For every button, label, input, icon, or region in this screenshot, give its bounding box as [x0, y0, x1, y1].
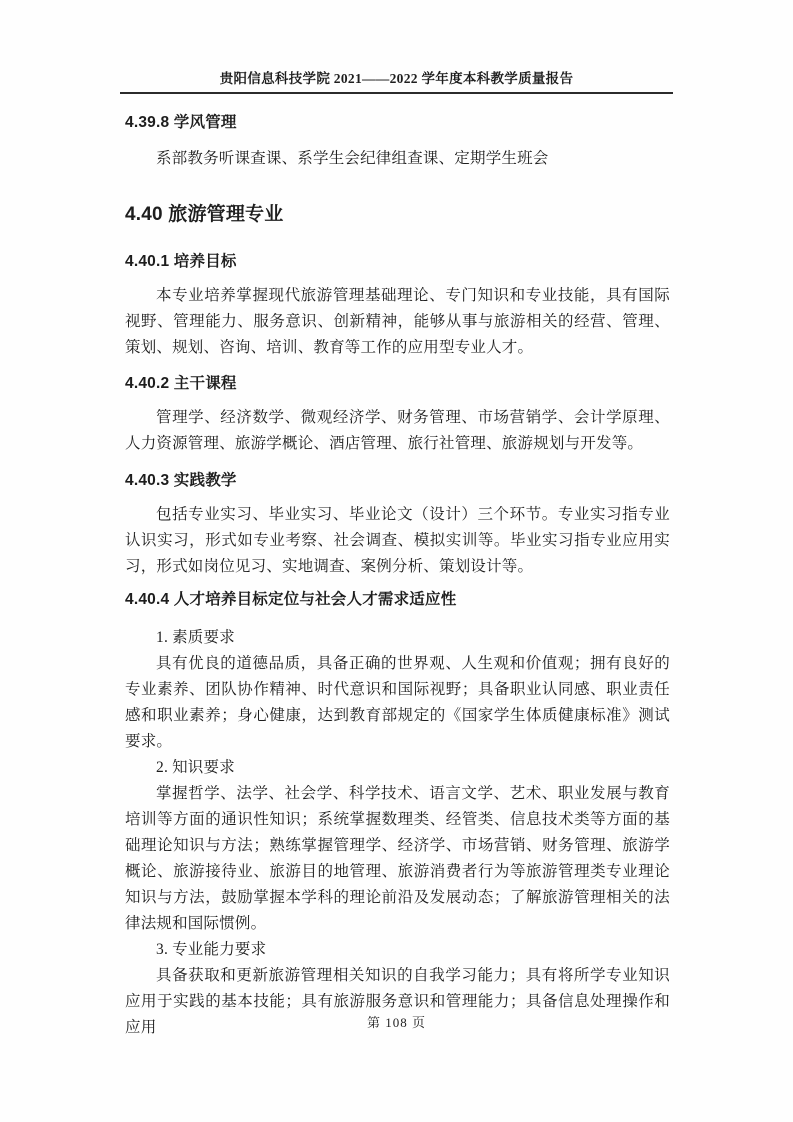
- list-item-label-ability: 3. 专业能力要求: [125, 937, 670, 963]
- document-page: 贵阳信息科技学院 2021——2022 学年度本科教学质量报告 4.39.8 学…: [0, 0, 793, 1122]
- page-number-label: 第 108 页: [367, 1015, 426, 1030]
- list-item-label-quality: 1. 素质要求: [125, 625, 670, 651]
- section-heading-4-40-4: 4.40.4 人才培养目标定位与社会人才需求适应性: [125, 589, 670, 611]
- paragraph-4-40-2: 管理学、经济数学、微观经济学、财务管理、市场营销学、会计学原理、人力资源管理、旅…: [125, 405, 670, 457]
- section-heading-4-40-1: 4.40.1 培养目标: [125, 251, 670, 273]
- list-item-label-knowledge: 2. 知识要求: [125, 755, 670, 781]
- header-title: 贵阳信息科技学院 2021——2022 学年度本科教学质量报告: [220, 71, 574, 86]
- page-footer: 第 108 页: [0, 1012, 793, 1031]
- section-heading-4-40-2: 4.40.2 主干课程: [125, 373, 670, 395]
- list-item-body-quality: 具有优良的道德品质，具备正确的世界观、人生观和价值观；拥有良好的专业素养、团队协…: [125, 651, 670, 755]
- document-body: 4.39.8 学风管理 系部教务听课查课、系学生会纪律组查课、定期学生班会 4.…: [125, 96, 670, 1041]
- section-heading-4-39-8: 4.39.8 学风管理: [125, 112, 670, 134]
- section-heading-4-40-3: 4.40.3 实践教学: [125, 470, 670, 492]
- paragraph-4-39-8: 系部教务听课查课、系学生会纪律组查课、定期学生班会: [125, 146, 670, 172]
- requirements-list: 1. 素质要求 具有优良的道德品质，具备正确的世界观、人生观和价值观；拥有良好的…: [125, 625, 670, 1041]
- list-item-body-knowledge: 掌握哲学、法学、社会学、科学技术、语言文学、艺术、职业发展与教育培训等方面的通识…: [125, 781, 670, 937]
- paragraph-4-40-1: 本专业培养掌握现代旅游管理基础理论、专门知识和专业技能，具有国际视野、管理能力、…: [125, 283, 670, 361]
- paragraph-4-40-3: 包括专业实习、毕业实习、毕业论文（设计）三个环节。专业实习指专业认识实习，形式如…: [125, 502, 670, 580]
- section-heading-4-40: 4.40 旅游管理专业: [125, 202, 670, 228]
- page-header: 贵阳信息科技学院 2021——2022 学年度本科教学质量报告: [120, 0, 673, 94]
